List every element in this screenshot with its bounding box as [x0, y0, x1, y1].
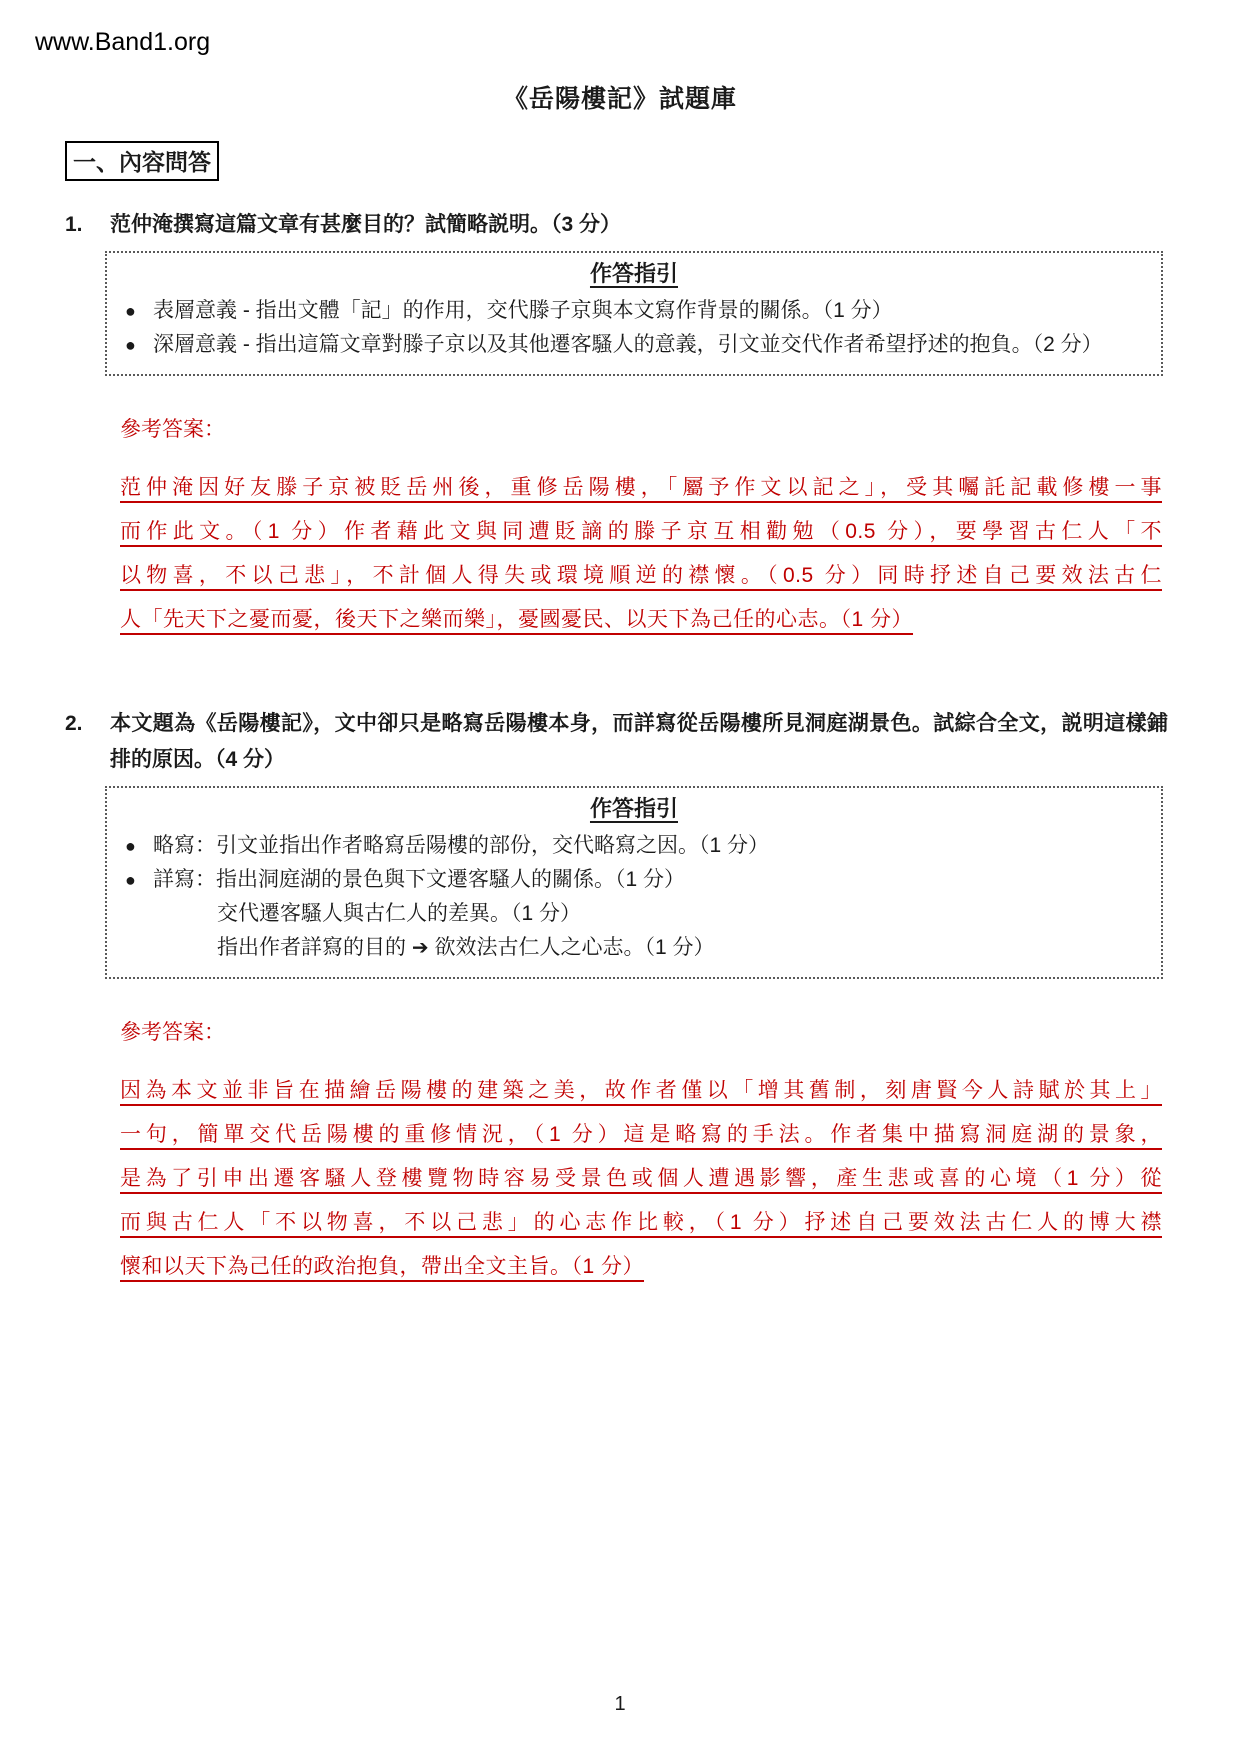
guide-bullet-line-post: 欲效法古仁人之心志。（1 分）	[429, 936, 715, 959]
guide-bullet: ● 詳寫：指出洞庭湖的景色與下文遷客騷人的關係。（1 分） 交代遷客騷人與古仁人…	[121, 863, 1147, 965]
question-2: 2. 本文題為《岳陽樓記》，文中卻只是略寫岳陽樓本身，而詳寫從岳陽樓所見洞庭湖景…	[65, 706, 1168, 778]
answer-line: 懷和以天下為己任的政治抱負，帶出全文主旨。（1 分）	[120, 1245, 1162, 1289]
answer-line: 是為了引申出遷客騷人登樓覽物時容易受景色或個人遭遇影響，產生悲或喜的心境（1 分…	[120, 1157, 1162, 1201]
site-url: www.Band1.org	[35, 28, 1240, 57]
guide-bullet: ● 略寫：引文並指出作者略寫岳陽樓的部份，交代略寫之因。（1 分）	[121, 829, 1147, 863]
guide-bullet-line: 指出作者詳寫的目的 ➔ 欲效法古仁人之心志。（1 分）	[153, 931, 1147, 965]
guide-bullet-text: 深層意義 - 指出這篇文章對滕子京以及其他遷客騷人的意義，引文並交代作者希望抒述…	[153, 328, 1147, 362]
page-number: 1	[0, 1693, 1240, 1716]
bullet-icon: ●	[121, 863, 153, 965]
bullet-icon: ●	[121, 328, 153, 362]
bullet-icon: ●	[121, 294, 153, 328]
question-1-guide-box: 作答指引 ● 表層意義 - 指出文體「記」的作用，交代滕子京與本文寫作背景的關係…	[105, 251, 1163, 376]
guide-bullet-line-pre: 指出作者詳寫的目的	[217, 936, 412, 959]
answer-line: 而與古仁人「不以物喜，不以己悲」的心志作比較，（1 分）抒述自己要效法古仁人的博…	[120, 1201, 1162, 1245]
answer-label: 參考答案：	[120, 1019, 1240, 1047]
guide-bullet-line: 交代遷客騷人與古仁人的差異。（1 分）	[153, 897, 1147, 931]
answer-line: 因為本文並非旨在描繪岳陽樓的建築之美，故作者僅以「增其舊制，刻唐賢今人詩賦於其上…	[120, 1069, 1162, 1113]
question-1-answer: 范仲淹因好友滕子京被貶岳州後，重修岳陽樓，「屬予作文以記之」，受其囑託記載修樓一…	[120, 466, 1162, 642]
question-2-number: 2.	[65, 706, 110, 778]
question-2-guide-box: 作答指引 ● 略寫：引文並指出作者略寫岳陽樓的部份，交代略寫之因。（1 分） ●…	[105, 786, 1163, 979]
guide-title: 作答指引	[121, 793, 1147, 825]
guide-title: 作答指引	[121, 258, 1147, 290]
guide-bullet-text: 詳寫：指出洞庭湖的景色與下文遷客騷人的關係。（1 分） 交代遷客騷人與古仁人的差…	[153, 863, 1147, 965]
answer-line: 人「先天下之憂而憂，後天下之樂而樂」，憂國憂民、以天下為己任的心志。（1 分）	[120, 598, 1162, 642]
question-1: 1. 范仲淹撰寫這篇文章有甚麼目的？試簡略説明。（3 分）	[65, 207, 1168, 243]
arrow-right-icon: ➔	[412, 937, 429, 959]
guide-bullet-text: 表層意義 - 指出文體「記」的作用，交代滕子京與本文寫作背景的關係。（1 分）	[153, 294, 1147, 328]
guide-bullet-line: 詳寫：指出洞庭湖的景色與下文遷客騷人的關係。（1 分）	[153, 863, 1147, 897]
answer-line: 范仲淹因好友滕子京被貶岳州後，重修岳陽樓，「屬予作文以記之」，受其囑託記載修樓一…	[120, 466, 1162, 510]
question-1-text: 范仲淹撰寫這篇文章有甚麼目的？試簡略説明。（3 分）	[110, 207, 1168, 243]
question-2-answer: 因為本文並非旨在描繪岳陽樓的建築之美，故作者僅以「增其舊制，刻唐賢今人詩賦於其上…	[120, 1069, 1162, 1289]
answer-line: 以物喜，不以己悲」，不計個人得失或環境順逆的襟懷。（0.5 分）同時抒述自己要效…	[120, 554, 1162, 598]
bullet-icon: ●	[121, 829, 153, 863]
question-1-number: 1.	[65, 207, 110, 243]
section-heading: 一、內容問答	[65, 141, 219, 181]
guide-bullet: ● 表層意義 - 指出文體「記」的作用，交代滕子京與本文寫作背景的關係。（1 分…	[121, 294, 1147, 328]
answer-line: 而作此文。（1 分）作者藉此文與同遭貶謫的滕子京互相勸勉（0.5 分），要學習古…	[120, 510, 1162, 554]
page-title: 《岳陽樓記》試題庫	[0, 79, 1240, 115]
guide-bullet-text: 略寫：引文並指出作者略寫岳陽樓的部份，交代略寫之因。（1 分）	[153, 829, 1147, 863]
question-2-text: 本文題為《岳陽樓記》，文中卻只是略寫岳陽樓本身，而詳寫從岳陽樓所見洞庭湖景色。試…	[110, 706, 1168, 778]
answer-line: 一句，簡單交代岳陽樓的重修情況，（1 分）這是略寫的手法。作者集中描寫洞庭湖的景…	[120, 1113, 1162, 1157]
answer-label: 參考答案：	[120, 416, 1240, 444]
guide-bullet: ● 深層意義 - 指出這篇文章對滕子京以及其他遷客騷人的意義，引文並交代作者希望…	[121, 328, 1147, 362]
